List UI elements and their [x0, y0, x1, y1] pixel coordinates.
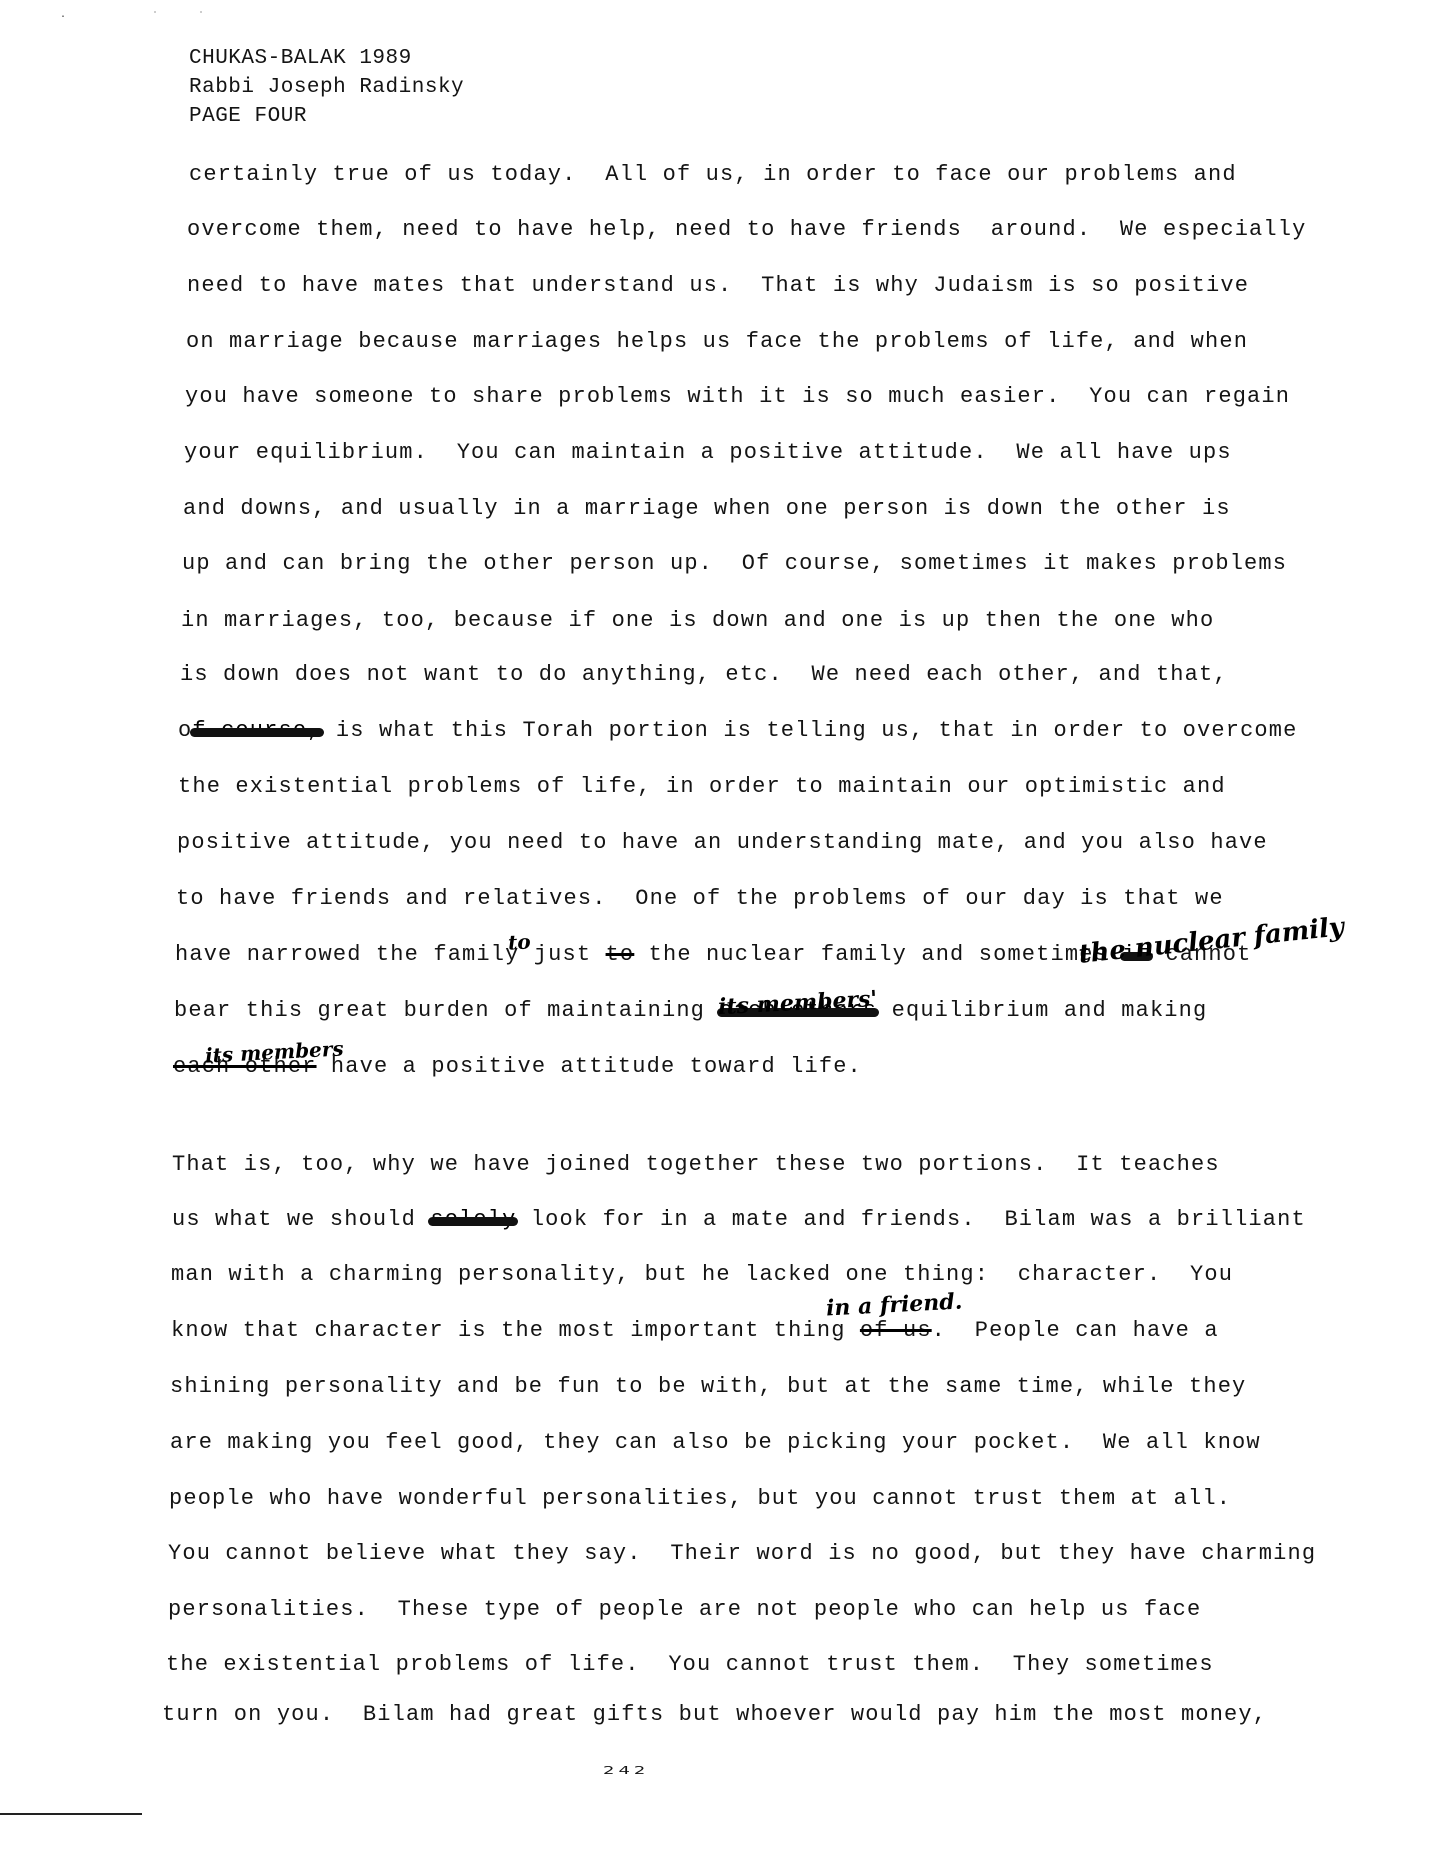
text-segment: us what we should: [172, 1207, 430, 1232]
text-segment: know that character is the most importan…: [171, 1318, 860, 1343]
struck-text: solely: [430, 1207, 516, 1233]
scan-specks: · ˙˙: [60, 12, 244, 23]
text-line: is down does not want to do anything, et…: [180, 662, 1228, 688]
text-line: turn on you. Bilam had great gifts but w…: [162, 1702, 1267, 1728]
text-segment: equilibrium and making: [877, 998, 1207, 1023]
text-line: overcome them, need to have help, need t…: [187, 217, 1306, 243]
page-label: PAGE FOUR: [189, 102, 464, 131]
text-segment: bear this great burden of maintaining: [174, 998, 719, 1023]
text-line: positive attitude, you need to have an u…: [177, 830, 1268, 856]
text-line: in marriages, too, because if one is dow…: [181, 608, 1214, 634]
text-segment: have narrowed the family just: [175, 942, 606, 967]
text-segment: . People can have a: [932, 1318, 1219, 1343]
text-segment: is what this Torah portion is telling us…: [322, 718, 1298, 743]
text-line: the existential problems of life. You ca…: [166, 1652, 1214, 1678]
text-line-edited: bear this great burden of maintaining ea…: [174, 998, 1207, 1024]
text-line: need to have mates that understand us. T…: [187, 273, 1249, 299]
footer-rule: [0, 1813, 142, 1815]
text-line: you have someone to share problems with …: [185, 384, 1290, 410]
text-line: shining personality and be fun to be wit…: [170, 1374, 1246, 1400]
text-segment: the nuclear family and sometimes: [634, 942, 1122, 967]
text-line: man with a charming personality, but he …: [171, 1262, 1233, 1288]
struck-text: to: [606, 942, 635, 967]
text-line: are making you feel good, they can also …: [170, 1430, 1261, 1456]
text-line: your equilibrium. You can maintain a pos…: [184, 440, 1232, 466]
handwritten-insert-to: to: [507, 929, 531, 954]
document-page: · ˙˙ CHUKAS-BALAK 1989 Rabbi Joseph Radi…: [0, 0, 1430, 1851]
document-header: CHUKAS-BALAK 1989 Rabbi Joseph Radinsky …: [189, 44, 464, 131]
handwritten-in-a-friend: in a friend.: [825, 1288, 963, 1321]
text-line: up and can bring the other person up. Of…: [182, 551, 1287, 577]
text-segment: have a positive attitude toward life.: [317, 1054, 862, 1079]
text-line: certainly true of us today. All of us, i…: [189, 162, 1237, 188]
text-line: and downs, and usually in a marriage whe…: [183, 496, 1231, 522]
sermon-title: CHUKAS-BALAK 1989: [189, 44, 464, 73]
text-line: That is, too, why we have joined togethe…: [172, 1152, 1220, 1178]
text-line: You cannot believe what they say. Their …: [168, 1541, 1316, 1567]
text-segment: look for in a mate and friends. Bilam wa…: [516, 1207, 1305, 1232]
text-line-edited: us what we should solely look for in a m…: [172, 1207, 1306, 1233]
text-line: personalities. These type of people are …: [168, 1597, 1201, 1623]
struck-text: of us: [860, 1318, 932, 1343]
text-line: people who have wonderful personalities,…: [169, 1486, 1231, 1512]
text-line: on marriage because marriages helps us f…: [186, 329, 1248, 355]
text-line-edited: of course, is what this Torah portion is…: [178, 718, 1297, 744]
struck-text: f course,: [192, 718, 321, 744]
text-line: to have friends and relatives. One of th…: [176, 886, 1224, 912]
text-line-edited: know that character is the most importan…: [171, 1318, 1219, 1344]
author-name: Rabbi Joseph Radinsky: [189, 73, 464, 102]
text-line: the existential problems of life, in ord…: [178, 774, 1226, 800]
page-number: 242: [603, 1764, 649, 1777]
